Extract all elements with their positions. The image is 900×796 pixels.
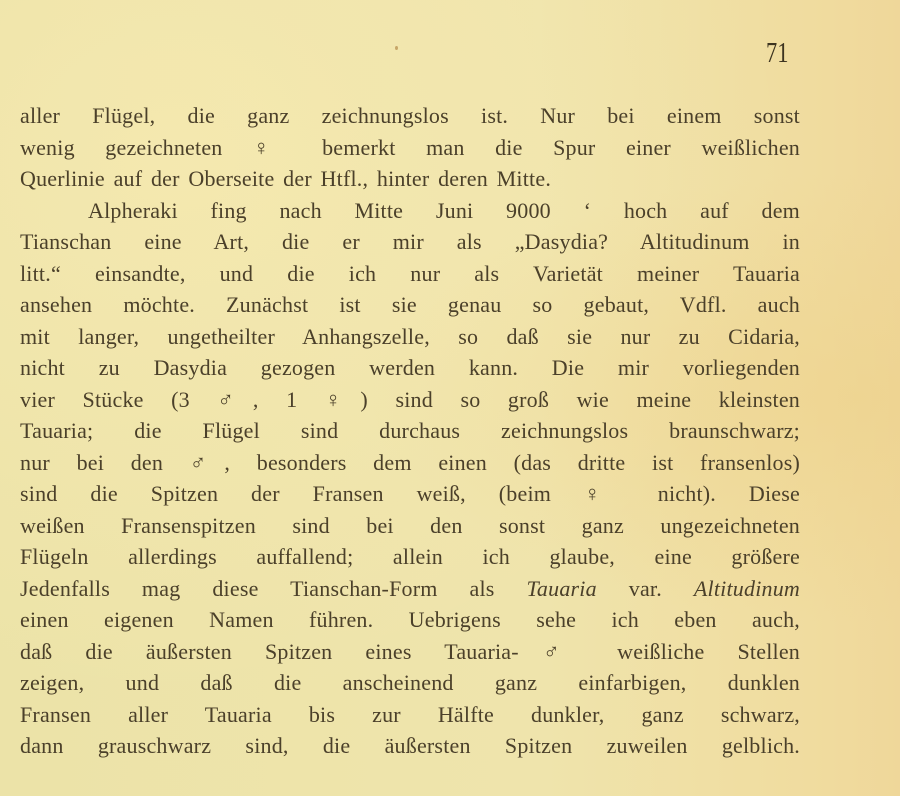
text-line-with-taxon: Jedenfalls mag diese Tianschan-Form als … <box>20 573 800 605</box>
text-line: mit langer, ungetheilter Anhangszelle, s… <box>20 321 800 353</box>
text-line: Flügeln allerdings auffallend; allein ic… <box>20 541 800 573</box>
text-line: wenig gezeichneten ♀ bemerkt man die Spu… <box>20 132 800 164</box>
book-page: 71 aller Flügel, die ganz zeichnungslos … <box>0 0 900 796</box>
text-line: nicht zu Dasydia gezogen werden kann. Di… <box>20 352 800 384</box>
text-line: vier Stücke (3 ♂, 1 ♀) sind so groß wie … <box>20 384 800 416</box>
taxon-variety: Altitudinum <box>694 576 800 601</box>
text-line: dann grauschwarz sind, die äußersten Spi… <box>20 730 800 762</box>
text-span: Jedenfalls mag diese Tianschan-Form als <box>20 576 527 601</box>
page-number: 71 <box>766 38 788 70</box>
text-line: einen eigenen Namen führen. Uebrigens se… <box>20 604 800 636</box>
text-line: aller Flügel, die ganz zeichnungslos ist… <box>20 100 800 132</box>
text-line: Tauaria; die Flügel sind durchaus zeichn… <box>20 415 800 447</box>
text-line: Querlinie auf der Oberseite der Htfl., h… <box>20 163 800 195</box>
text-line: sind die Spitzen der Fransen weiß, (beim… <box>20 478 800 510</box>
text-line: weißen Fransenspitzen sind bei den sonst… <box>20 510 800 542</box>
taxon-genus: Tauaria <box>527 576 597 601</box>
paper-speck <box>395 46 398 50</box>
text-span: var. <box>597 576 694 601</box>
text-line: Alpheraki fing nach Mitte Juni 9000 ‘ ho… <box>20 195 800 227</box>
text-line: Tianschan eine Art, die er mir als „Dasy… <box>20 226 800 258</box>
text-line: nur bei den ♂, besonders dem einen (das … <box>20 447 800 479</box>
text-line: daß die äußersten Spitzen eines Tauaria-… <box>20 636 800 668</box>
text-line: Fransen aller Tauaria bis zur Hälfte dun… <box>20 699 800 731</box>
text-line: zeigen, und daß die anscheinend ganz ein… <box>20 667 800 699</box>
body-text: aller Flügel, die ganz zeichnungslos ist… <box>20 100 800 762</box>
text-line: ansehen möchte. Zunächst ist sie genau s… <box>20 289 800 321</box>
text-line: litt.“ einsandte, und die ich nur als Va… <box>20 258 800 290</box>
